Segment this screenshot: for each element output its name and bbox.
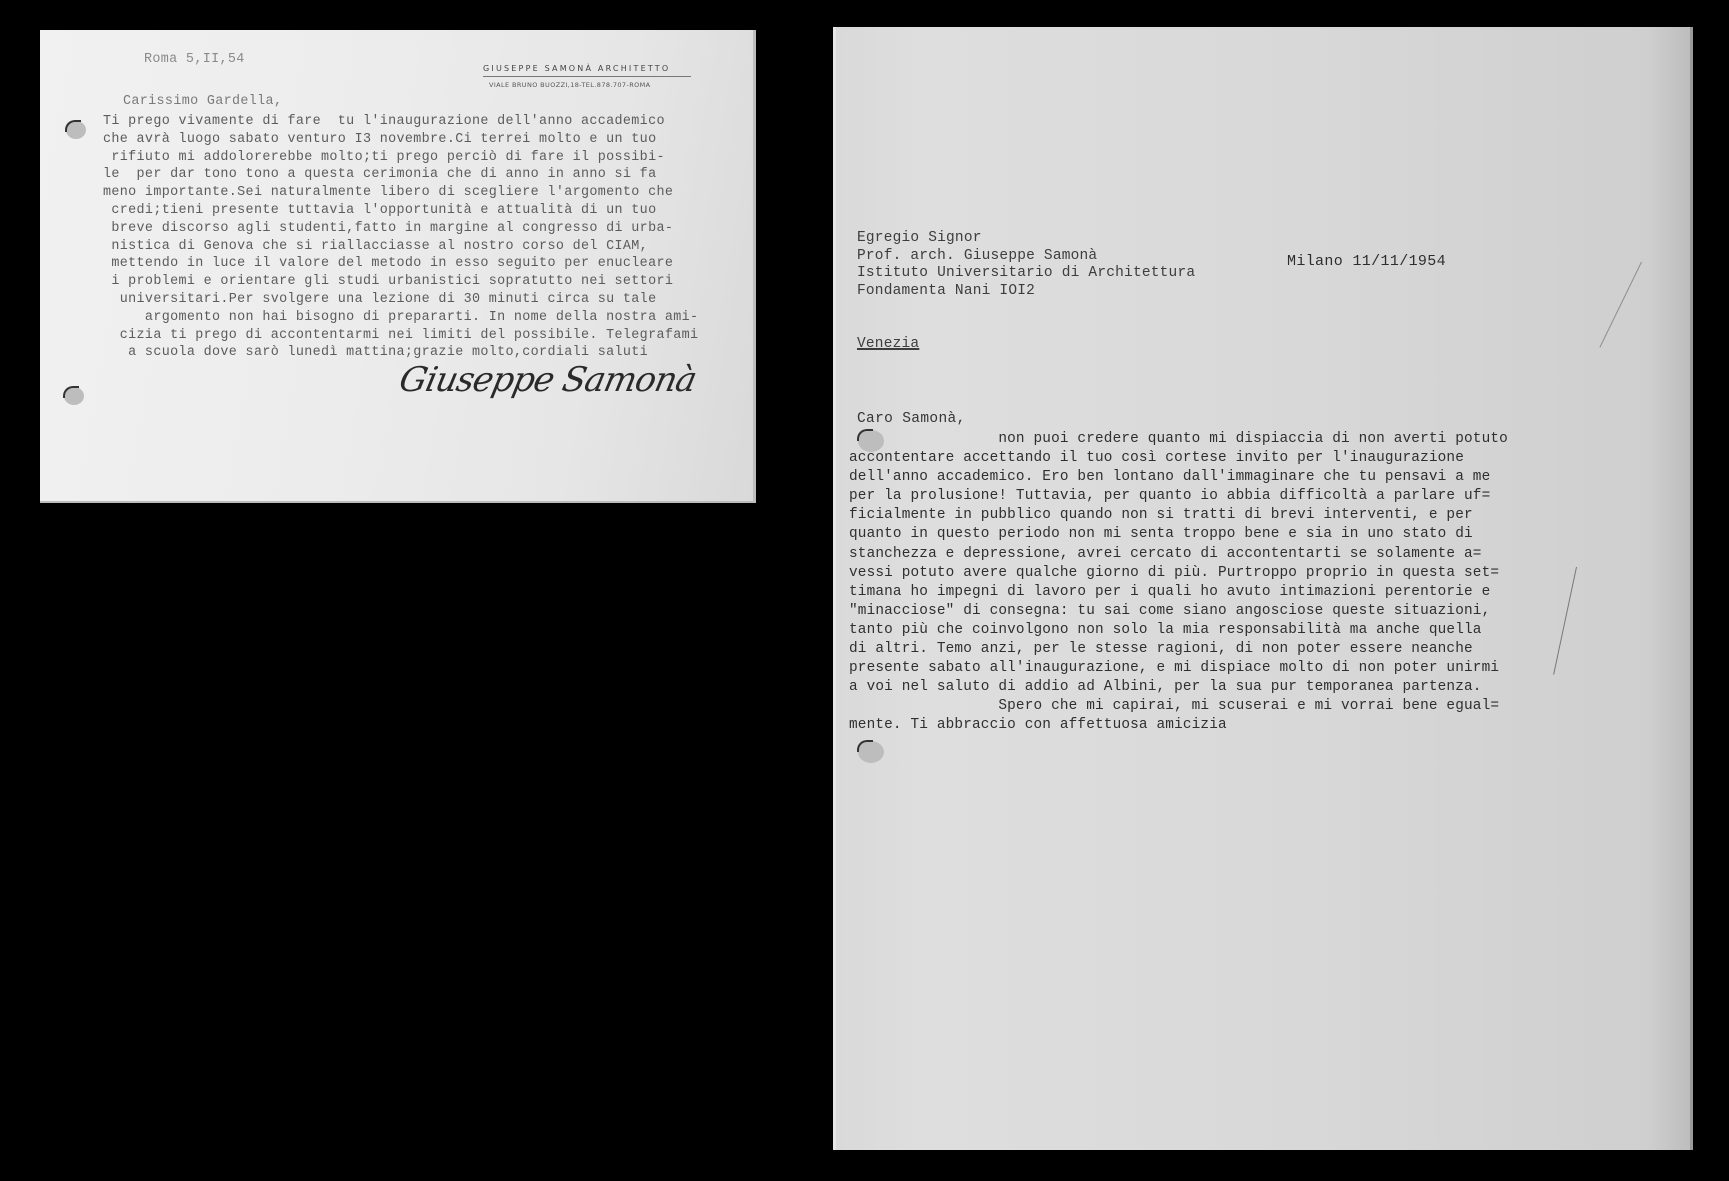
text-line: vessi potuto avere qualche giorno di più… bbox=[849, 564, 1508, 583]
text-line: mente. Ti abbraccio con affettuosa amici… bbox=[849, 716, 1508, 735]
text-line: per la prolusione! Tuttavia, per quanto … bbox=[849, 487, 1508, 506]
text-line: presente sabato all'inaugurazione, e mi … bbox=[849, 659, 1508, 678]
text-line: tanto più che coinvolgono non solo la mi… bbox=[849, 621, 1508, 640]
text-line: nistica di Genova che si riallacciasse a… bbox=[103, 238, 698, 256]
letter-gardella-to-samona: Egregio SignorProf. arch. Giuseppe Samon… bbox=[833, 27, 1693, 1150]
text-line: breve discorso agli studenti,fatto in ma… bbox=[103, 220, 698, 238]
text-line: le per dar tono tono a questa cerimonia … bbox=[103, 166, 698, 184]
text-line: credi;tieni presente tuttavia l'opportun… bbox=[103, 202, 698, 220]
text-line: timana ho impegni di lavoro per i quali … bbox=[849, 583, 1508, 602]
letter-body: Ti prego vivamente di fare tu l'inaugura… bbox=[103, 113, 698, 362]
text-line: di altri. Temo anzi, per le stesse ragio… bbox=[849, 640, 1508, 659]
letterhead-address: VIALE BRUNO BUOZZI,18-TEL.878.707-ROMA bbox=[483, 81, 691, 89]
text-line: universitari.Per svolgere una lezione di… bbox=[103, 291, 698, 309]
recipient-address: Egregio SignorProf. arch. Giuseppe Samon… bbox=[857, 195, 1195, 389]
text-line: quanto in questo periodo non mi senta tr… bbox=[849, 525, 1508, 544]
text-line: cizia ti prego di accontentarmi nei limi… bbox=[103, 327, 698, 345]
paper-crease bbox=[1599, 262, 1642, 348]
letterhead: GIUSEPPE SAMONÀ ARCHITETTO VIALE BRUNO B… bbox=[483, 64, 691, 89]
letterhead-name: GIUSEPPE SAMONÀ ARCHITETTO bbox=[483, 64, 691, 77]
text-line: Spero che mi capirai, mi scuserai e mi v… bbox=[849, 697, 1508, 716]
letter-body: non puoi credere quanto mi dispiaccia di… bbox=[849, 430, 1508, 736]
address-lines: Egregio SignorProf. arch. Giuseppe Samon… bbox=[857, 230, 1195, 300]
text-line: a voi nel saluto di addio ad Albini, per… bbox=[849, 678, 1508, 697]
text-line: "minacciose" di consegna: tu sai come si… bbox=[849, 602, 1508, 621]
punch-hole-icon bbox=[66, 121, 86, 139]
text-line: Istituto Universitario di Architettura bbox=[857, 265, 1195, 283]
text-line: Prof. arch. Giuseppe Samonà bbox=[857, 248, 1195, 266]
text-line: stanchezza e depressione, avrei cercato … bbox=[849, 545, 1508, 564]
text-line: accontentare accettando il tuo così cort… bbox=[849, 449, 1508, 468]
letter-salutation: Caro Samonà, bbox=[857, 411, 966, 427]
text-line: Ti prego vivamente di fare tu l'inaugura… bbox=[103, 113, 698, 131]
text-line: ficialmente in pubblico quando non si tr… bbox=[849, 506, 1508, 525]
punch-hole-icon bbox=[858, 741, 884, 763]
text-line: rifiuto mi addolorerebbe molto;ti prego … bbox=[103, 149, 698, 167]
letter-date: Roma 5,II,54 bbox=[144, 52, 245, 67]
text-line: mettendo in luce il valore del metodo in… bbox=[103, 255, 698, 273]
text-line: Fondamenta Nani IOI2 bbox=[857, 283, 1195, 301]
text-line: i problemi e orientare gli studi urbanis… bbox=[103, 273, 698, 291]
text-line: dell'anno accademico. Ero ben lontano da… bbox=[849, 468, 1508, 487]
letter-salutation: Carissimo Gardella, bbox=[123, 94, 282, 109]
text-line: non puoi credere quanto mi dispiaccia di… bbox=[849, 430, 1508, 449]
paper-crease bbox=[1553, 567, 1577, 675]
text-line: meno importante.Sei naturalmente libero … bbox=[103, 184, 698, 202]
letter-samona-to-gardella: Roma 5,II,54 GIUSEPPE SAMONÀ ARCHITETTO … bbox=[40, 30, 756, 503]
text-line: Egregio Signor bbox=[857, 230, 1195, 248]
address-city: Venezia bbox=[857, 336, 1195, 354]
text-line: che avrà luogo sabato venturo I3 novembr… bbox=[103, 131, 698, 149]
text-line: argomento non hai bisogno di prepararti.… bbox=[103, 309, 698, 327]
punch-hole-icon bbox=[64, 387, 84, 405]
handwritten-signature: Giuseppe Samonà bbox=[396, 360, 700, 400]
letter-place-date: Milano 11/11/1954 bbox=[1287, 253, 1446, 270]
